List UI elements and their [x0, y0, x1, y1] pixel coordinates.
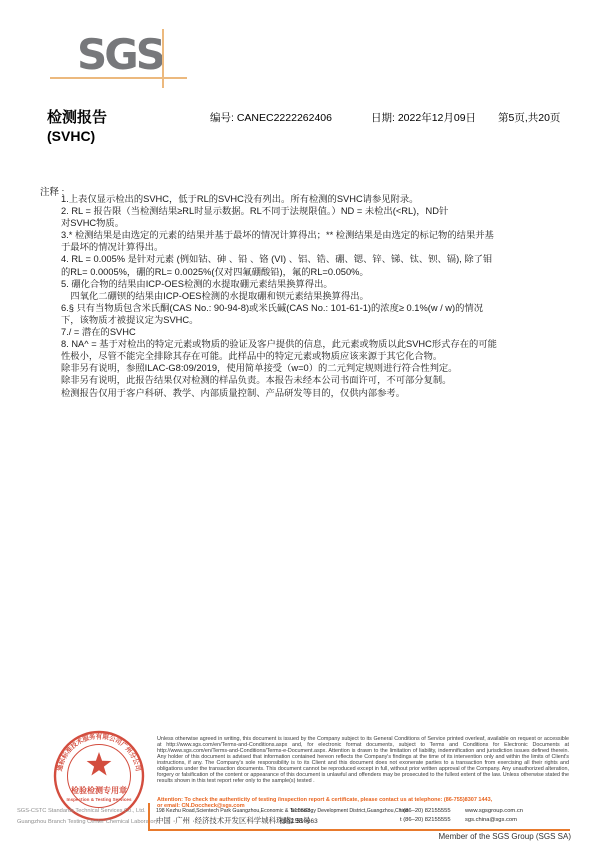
address-divider-vertical [148, 803, 150, 830]
report-number: 编号: CANEC2222262406 [210, 110, 332, 125]
note-item: 4. RL = 0.005% 是针对元素 (例如钴、砷 、铅 、铬 (VI) 、… [61, 253, 573, 277]
lab-company-line1: SGS-CSTC Standards Technical Services Co… [17, 806, 162, 817]
legal-disclaimer-text: Unless otherwise agreed in writing, this… [157, 737, 569, 785]
logo-horizontal-line [50, 77, 187, 79]
contact-email: sgs.china@sgs.com [465, 817, 517, 823]
note-item: 2. RL = 报告限（当检测结果≥RL时显示数据。RL不同于法规限值。）ND … [61, 205, 573, 229]
footer-rule-horizontal [148, 829, 570, 831]
telephone-row2: t (86–20) 82155555 [400, 817, 451, 823]
notes-list: 1.上表仅显示检出的SVHC，低于RL的SVHC没有列出。所有检测的SVHC请参… [61, 193, 573, 399]
stamp-star-icon [87, 752, 112, 776]
website-url: www.sgsgroup.com.cn [465, 808, 523, 814]
note-item: 检测报告仅用于客户科研、教学、内部质量控制、产品研发等目的，仅供内部参考。 [61, 387, 573, 399]
lab-company-line2: Guangzhou Branch Testing Center Chemical… [17, 817, 162, 828]
report-date: 日期: 2022年12月09日 [371, 110, 476, 125]
report-page: SGS 检测报告 (SVHC) 编号: CANEC2222262406 日期: … [0, 0, 595, 843]
report-title: 检测报告 [47, 106, 107, 127]
report-subtitle: (SVHC) [47, 128, 95, 144]
lab-company-name: SGS-CSTC Standards Technical Services Co… [17, 806, 162, 828]
address-chinese-zip: 邮编: 510663 [280, 816, 318, 825]
stamp-center-text-cn: 检验检测专用章 [71, 785, 127, 795]
note-item: 1.上表仅显示检出的SVHC，低于RL的SVHC没有列出。所有检测的SVHC请参… [61, 193, 573, 205]
note-item: 除非另有说明，此报告结果仅对检测的样品负责。本报告未经本公司书面许可，不可部分复… [61, 374, 573, 386]
telephone-row1: t (86–20) 82155555 [400, 808, 451, 814]
logo-vertical-line [162, 29, 164, 88]
note-item: 7./ = 潜在的SVHC [61, 326, 573, 338]
note-item: 5. 硼化合物的结果由ICP-OES检测的水提取硼元素结果换算得出。 四氧化二硼… [61, 278, 573, 302]
sgs-logo: SGS [77, 30, 163, 79]
page-indicator: 第5页,共20页 [498, 110, 560, 125]
sgs-member-text: Member of the SGS Group (SGS SA) [439, 832, 572, 841]
address-english: 198 Kezhu Road,Scientech Park Guangzhou,… [156, 808, 409, 814]
note-item: 3.* 检测结果是由选定的元素的结果并基于最坏的情况计算得出；** 检测结果是由… [61, 229, 573, 253]
stamp-center-text-en: Inspection & Testing Services [66, 797, 131, 802]
note-item: 8. NA^ = 基于对检出的特定元素或物质的验证及客户提供的信息，此元素或物质… [61, 338, 573, 362]
note-item: 6.§ 只有当物质包含米氏酮(CAS No.: 90-94-8)或米氏碱(CAS… [61, 302, 573, 326]
address-english-zip: 510663 [291, 808, 310, 814]
note-item: 除非另有说明，参照ILAC-G8:09/2019，使用简单接受（w=0）的二元判… [61, 362, 573, 374]
